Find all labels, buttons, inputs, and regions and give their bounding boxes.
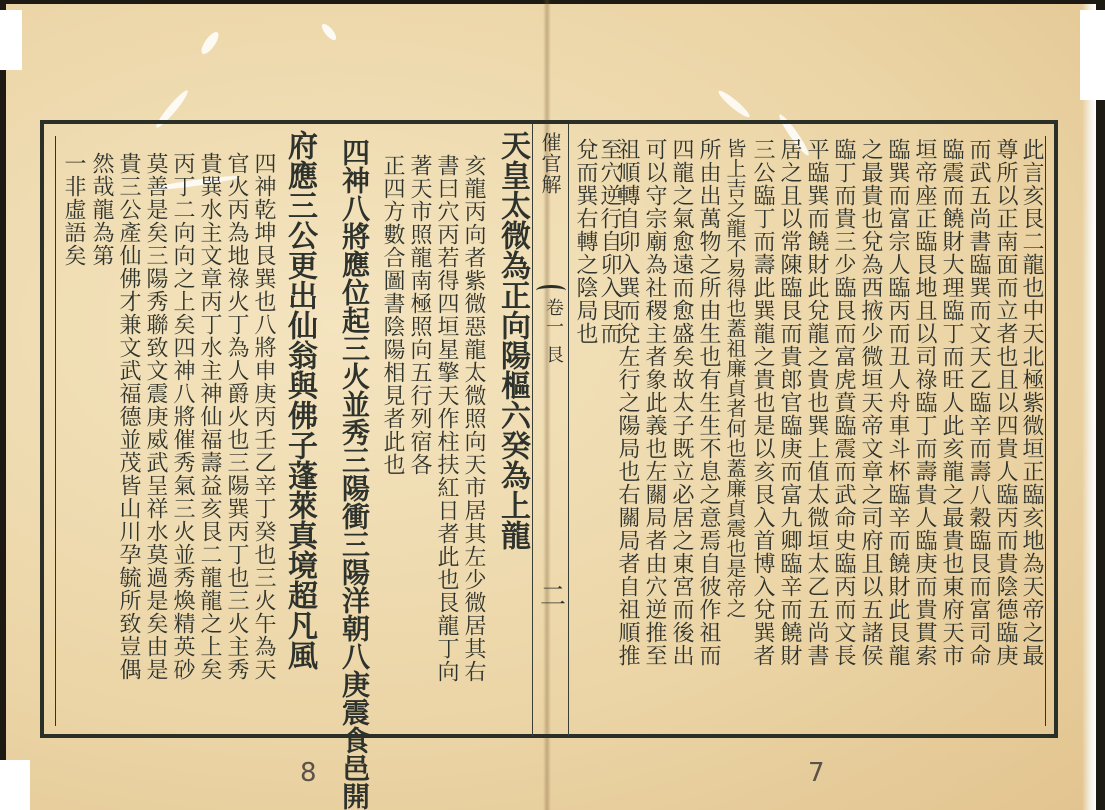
banxin-border-right — [568, 124, 569, 736]
torn-edge — [0, 760, 30, 810]
text-column: 書曰穴丙若得四垣星擎天作柱扶紅日者此也艮龍丁向 — [433, 154, 459, 683]
banxin-title: 催官解 — [536, 132, 565, 195]
text-column: 尊所以正南面而立者也且以四貴人臨丙而貴陰德臨庚 — [992, 138, 1018, 667]
banxin-volume: 卷一 — [540, 298, 566, 336]
text-column: 而武五尚書臨巽而文天乙臨辛而壽八穀臨艮而富司命 — [965, 138, 991, 667]
banxin-leaf-number: 二 — [540, 576, 566, 613]
text-column: 著天市照龍南極照向五行列宿各 — [406, 154, 432, 476]
inner-border-line-right — [1045, 136, 1046, 726]
text-column: 垣帝座正臨艮地且以司祿臨丁而壽貴人臨庚而貴貫索 — [911, 138, 937, 667]
text-column: 平臨巽而饒財此兌龍之貴也巽上值太微垣太乙五尚書 — [803, 138, 829, 667]
text-column: 莫善是矣三陽秀聯致文震庚威武呈祥水莫過是矣由是 — [142, 152, 168, 681]
text-column: 至穴逆行自卯入艮而 — [596, 138, 622, 345]
heading-column: 天皇太微為正向陽樞六癸為上龍 — [496, 130, 528, 550]
text-column: 四神乾坤艮巽也八將申庚丙壬乙辛丁癸也三火午為天 — [250, 152, 276, 681]
text-column: 亥龍丙向者紫微惡龍太微照向天市居其左少微居其右 — [460, 154, 486, 683]
text-column: 居之且以常陳臨艮而貴郎官臨庚而富九卿臨辛而饒財 — [776, 138, 802, 667]
text-column: 所由出萬物之所由生也有生生不息之意焉自彼作祖而 — [695, 138, 721, 667]
torn-edge — [0, 10, 22, 70]
text-column: 官火丙為地祿火丁為人爵火也三陽巽丙丁也三火主秀 — [223, 152, 249, 681]
text-column: 皆上吉之龍不易得也蓋祖廉貞者何也蓋廉貞震也是帝之 — [722, 138, 748, 618]
text-column: 正四方數合圖書陰陽相見者此也 — [379, 154, 405, 476]
text-column: 可以守宗廟為社稷主者象此義也左關局者由穴逆推至 — [641, 138, 667, 667]
text-column: 兌而巽右轉之陰局也 — [572, 138, 598, 345]
text-column: 臨震而饒財大理臨丁而旺人此亥龍之最貴也東府天市 — [938, 138, 964, 667]
torn-edge — [1080, 10, 1105, 100]
pencil-page-number-right: 7 — [808, 758, 825, 788]
heading-column: 四神八將應位起三火並秀三陽衝三陽洋朝八庚震食邑開 — [339, 138, 369, 810]
text-column: 之最貴也兌為西掖少微垣天帝文章之司府且以五諸侯 — [857, 138, 883, 667]
text-column: 貴巽水主文章丙丁水主神仙福壽益亥艮二龍龍之上矣 — [196, 152, 222, 681]
inner-border-line-left — [55, 136, 56, 726]
paper-edge — [1082, 4, 1096, 810]
heading-column: 府應三公更出仙翁與佛子蓬萊真境超凡風 — [283, 130, 315, 670]
text-column: 此言亥艮二龍也中天北極紫微垣正臨亥地為天帝之最 — [1018, 138, 1044, 667]
text-column: 臨丁而貴三少臨艮而富虎賁臨震而武命史臨丙而文長 — [830, 138, 856, 667]
banxin-section-mark: 艮 — [540, 345, 566, 364]
text-column: 三公臨丁而壽此巽龍之貴也是以亥艮入首博入兌巽者 — [749, 138, 775, 667]
text-column: 臨巽而富宗人臨丙而丑人舟車斗杯臨辛而饒財此艮龍 — [884, 138, 910, 667]
banxin-border-left — [532, 124, 533, 736]
text-column: 丙丁二向向之上矣四神八將催秀氣三火並秀煥精英砂 — [169, 152, 195, 681]
text-column: 四龍之氣愈遠而愈盛矣故太子既立必居之東宮而後出 — [668, 138, 694, 667]
text-column: 然哉龍為第 — [88, 152, 114, 267]
fishtail-mark — [536, 285, 566, 296]
text-column: 一非虛語矣 — [60, 152, 86, 267]
pencil-page-number-left: 8 — [300, 758, 317, 788]
text-column: 貴三公產仙佛才兼文武福德並茂皆山川孕毓所致豈偶 — [115, 152, 141, 681]
